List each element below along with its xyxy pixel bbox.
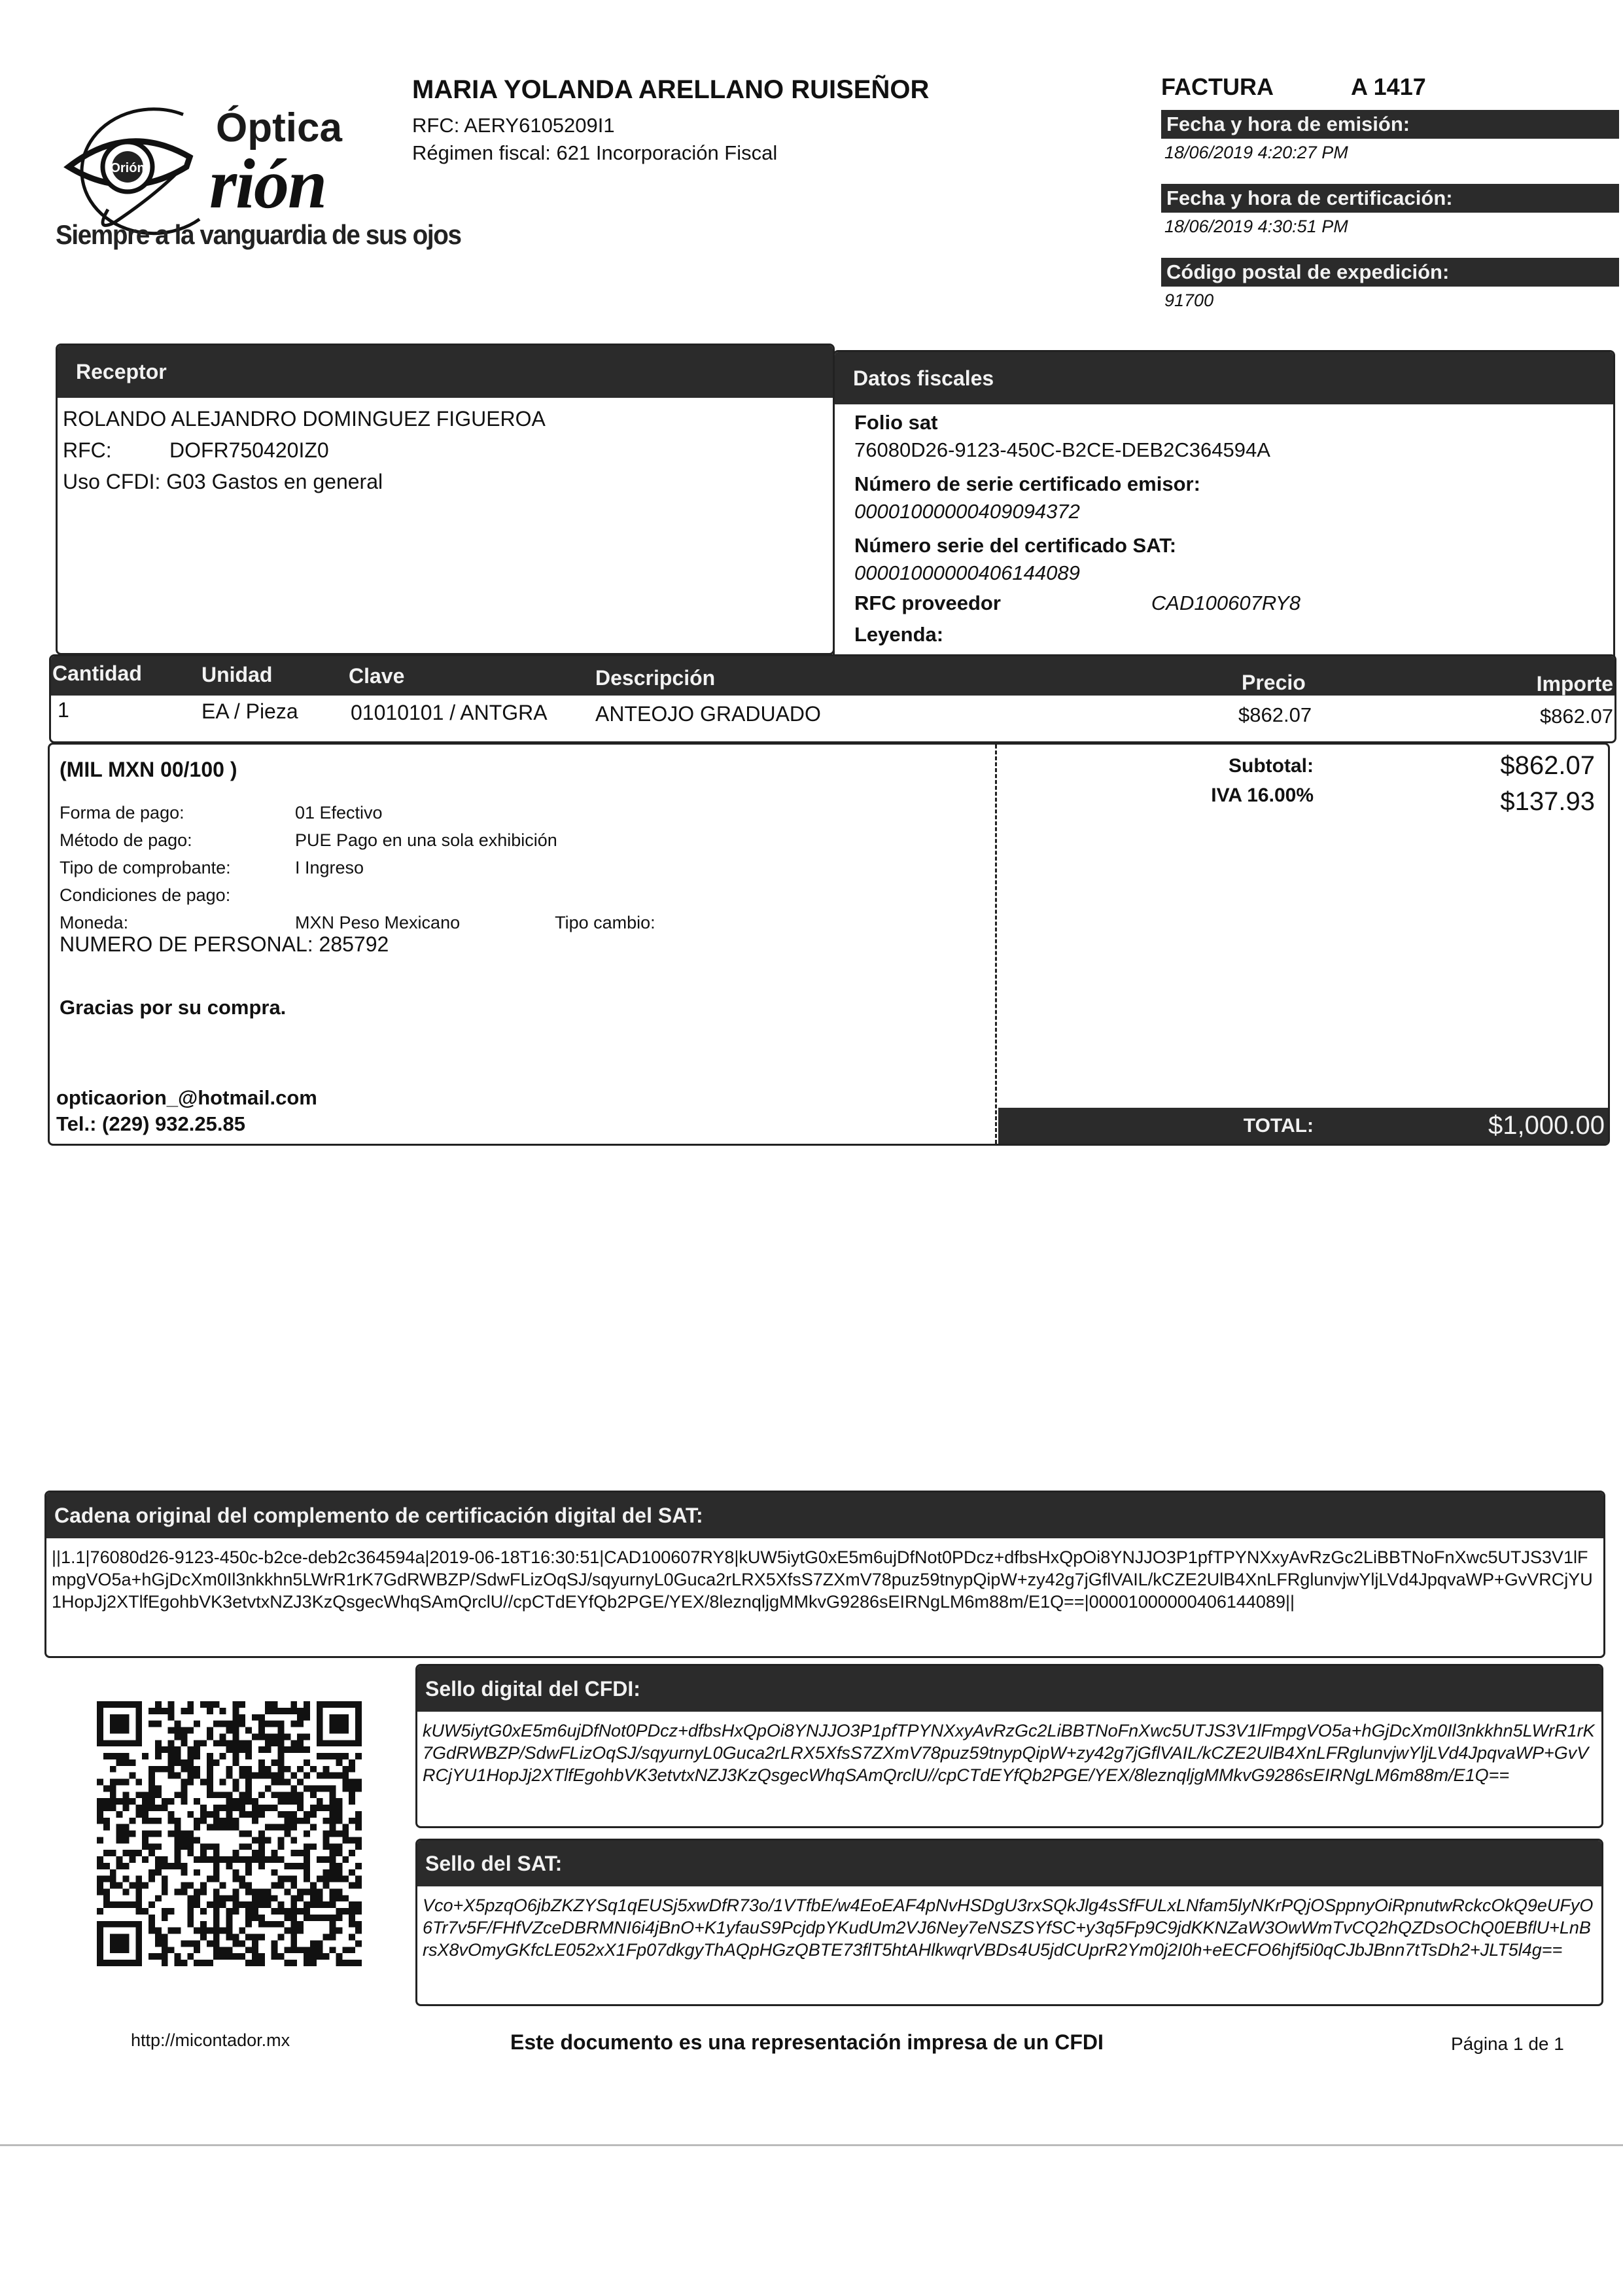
fiscal-data-header: Datos fiscales bbox=[835, 352, 1613, 404]
row-cantidad: 1 bbox=[58, 698, 69, 722]
col-cantidad: Cantidad bbox=[52, 662, 142, 686]
postal-code-label: Código postal de expedición: bbox=[1161, 258, 1619, 287]
scan-edge-divider bbox=[0, 2144, 1623, 2146]
receptor-header: Receptor bbox=[58, 345, 833, 398]
invoice-type-label: FACTURA bbox=[1161, 73, 1351, 101]
receptor-rfc-label: RFC: bbox=[63, 434, 169, 466]
sello-sat-text: Vco+X5pzqO6jbZKZYSq1qEUSj5xwDfR73o/1VTfb… bbox=[417, 1886, 1601, 1969]
invoice-title: FACTURA A 1417 bbox=[1161, 73, 1619, 101]
serie-emisor-value: 00001000000409094372 bbox=[854, 500, 1594, 523]
row-importe: $862.07 bbox=[1540, 705, 1613, 728]
footer-note: Este documento es una representación imp… bbox=[510, 2030, 1104, 2055]
row-precio: $862.07 bbox=[1238, 703, 1312, 727]
iva-value: $137.93 bbox=[1500, 787, 1595, 817]
subtotal-row: Subtotal: $862.07 bbox=[1500, 751, 1595, 781]
invoice-header: FACTURA A 1417 Fecha y hora de emisión: … bbox=[1161, 73, 1619, 311]
sello-sat-section: Sello del SAT: Vco+X5pzqO6jbZKZYSq1qEUSj… bbox=[415, 1839, 1603, 2006]
folio-sat-value: 76080D26-9123-450C-B2CE-DEB2C364594A bbox=[854, 438, 1594, 462]
subtotal-value: $862.07 bbox=[1500, 751, 1595, 781]
condiciones-pago-label: Condiciones de pago: bbox=[60, 881, 295, 909]
total-bar: TOTAL: $1,000.00 bbox=[998, 1108, 1608, 1144]
cadena-original-header: Cadena original del complemento de certi… bbox=[46, 1492, 1603, 1538]
numero-personal: NUMERO DE PERSONAL: 285792 bbox=[60, 932, 975, 957]
rfc-proveedor-label: RFC proveedor bbox=[854, 592, 1001, 615]
iva-row: IVA 16.00% $137.93 bbox=[1500, 787, 1595, 817]
page-number: Página 1 de 1 bbox=[1451, 2034, 1564, 2055]
certification-date-label: Fecha y hora de certificación: bbox=[1161, 184, 1619, 213]
items-table-header: Cantidad Unidad Clave Descripción Precio… bbox=[51, 656, 1614, 696]
leyenda-label: Leyenda: bbox=[854, 623, 1594, 646]
forma-pago-row: Forma de pago: 01 Efectivo bbox=[60, 799, 975, 826]
metodo-pago-value: PUE Pago en una sola exhibición bbox=[295, 826, 557, 854]
cadena-original-text: ||1.1|76080d26-9123-450c-b2ce-deb2c36459… bbox=[46, 1538, 1603, 1621]
sello-cfdi-section: Sello digital del CFDI: kUW5iytG0xE5m6uj… bbox=[415, 1664, 1603, 1828]
summary-divider bbox=[995, 745, 997, 1144]
col-clave: Clave bbox=[349, 664, 404, 688]
receptor-rfc-value: DOFR750420IZ0 bbox=[169, 438, 329, 462]
contact-email[interactable]: opticaorion_@hotmail.com bbox=[56, 1085, 317, 1111]
emission-date-value: 18/06/2019 4:20:27 PM bbox=[1161, 143, 1619, 163]
folio-sat-label: Folio sat bbox=[854, 411, 1594, 434]
col-unidad: Unidad bbox=[201, 663, 272, 687]
svg-text:Orión: Orión bbox=[110, 161, 145, 175]
tipo-comprobante-value: I Ingreso bbox=[295, 854, 364, 881]
metodo-pago-label: Método de pago: bbox=[60, 826, 295, 854]
subtotal-label: Subtotal: bbox=[1229, 755, 1314, 777]
issuer-regimen: Régimen fiscal: 621 Incorporación Fiscal bbox=[412, 141, 929, 165]
receptor-rfc-row: RFC:DOFR750420IZ0 bbox=[63, 434, 828, 466]
condiciones-pago-row: Condiciones de pago: bbox=[60, 881, 975, 909]
brand-orion: rión bbox=[209, 144, 326, 225]
receptor-name: ROLANDO ALEJANDRO DOMINGUEZ FIGUEROA bbox=[63, 403, 828, 434]
tipo-comprobante-row: Tipo de comprobante: I Ingreso bbox=[60, 854, 975, 881]
serie-emisor-label: Número de serie certificado emisor: bbox=[854, 472, 1594, 496]
receptor-uso-cfdi: Uso CFDI: G03 Gastos en general bbox=[63, 466, 828, 497]
eye-emblem-icon: Orión bbox=[56, 105, 226, 236]
total-label: TOTAL: bbox=[1244, 1115, 1314, 1137]
certification-date-value: 18/06/2019 4:30:51 PM bbox=[1161, 217, 1619, 237]
sello-sat-header: Sello del SAT: bbox=[417, 1841, 1601, 1886]
company-logo: Orión Óptica rión Siempre a la vanguardi… bbox=[56, 98, 402, 262]
footer-link[interactable]: http://micontador.mx bbox=[131, 2030, 290, 2051]
issuer-name: MARIA YOLANDA ARELLANO RUISEÑOR bbox=[412, 75, 929, 105]
items-table: Cantidad Unidad Clave Descripción Precio… bbox=[49, 654, 1616, 743]
tipo-cambio-label: Tipo cambio: bbox=[555, 909, 655, 936]
iva-label: IVA 16.00% bbox=[1211, 785, 1314, 807]
row-descripcion: ANTEOJO GRADUADO bbox=[595, 702, 821, 726]
issuer-info: MARIA YOLANDA ARELLANO RUISEÑOR RFC: AER… bbox=[412, 75, 929, 165]
col-precio: Precio bbox=[1242, 671, 1306, 695]
sello-cfdi-header: Sello digital del CFDI: bbox=[417, 1666, 1601, 1712]
issuer-rfc: RFC: AERY6105209I1 bbox=[412, 114, 929, 137]
metodo-pago-row: Método de pago: PUE Pago en una sola exh… bbox=[60, 826, 975, 854]
forma-pago-label: Forma de pago: bbox=[60, 799, 295, 826]
summary-section: (MIL MXN 00/100 ) Forma de pago: 01 Efec… bbox=[48, 743, 1610, 1146]
rfc-proveedor-value: CAD100607RY8 bbox=[1151, 592, 1300, 615]
qr-code-icon bbox=[97, 1701, 362, 1966]
col-descripcion: Descripción bbox=[595, 666, 715, 690]
thank-you-note: Gracias por su compra. bbox=[60, 996, 975, 1019]
cadena-original-section: Cadena original del complemento de certi… bbox=[44, 1491, 1605, 1658]
tipo-comprobante-label: Tipo de comprobante: bbox=[60, 854, 295, 881]
total-value: $1,000.00 bbox=[1488, 1111, 1605, 1140]
fiscal-data-section: Datos fiscales Folio sat 76080D26-9123-4… bbox=[833, 350, 1615, 662]
row-unidad: EA / Pieza bbox=[201, 699, 298, 724]
amount-in-words: (MIL MXN 00/100 ) bbox=[60, 758, 975, 782]
contact-phone: Tel.: (229) 932.25.85 bbox=[56, 1111, 317, 1137]
table-row: 1 EA / Pieza 01010101 / ANTGRA ANTEOJO G… bbox=[51, 697, 1614, 737]
receptor-section: Receptor ROLANDO ALEJANDRO DOMINGUEZ FIG… bbox=[56, 344, 835, 655]
brand-slogan: Siempre a la vanguardia de sus ojos bbox=[56, 219, 461, 251]
serie-sat-label: Número serie del certificado SAT: bbox=[854, 534, 1594, 557]
emission-date-label: Fecha y hora de emisión: bbox=[1161, 110, 1619, 139]
forma-pago-value: 01 Efectivo bbox=[295, 799, 383, 826]
sello-cfdi-text: kUW5iytG0xE5m6ujDfNot0PDcz+dfbsHxQpOi8YN… bbox=[417, 1712, 1601, 1794]
row-clave: 01010101 / ANTGRA bbox=[351, 701, 548, 725]
postal-code-value: 91700 bbox=[1161, 291, 1619, 311]
serie-sat-value: 00001000000406144089 bbox=[854, 561, 1594, 585]
invoice-folio: A 1417 bbox=[1351, 73, 1426, 101]
col-importe: Importe bbox=[1537, 672, 1613, 696]
